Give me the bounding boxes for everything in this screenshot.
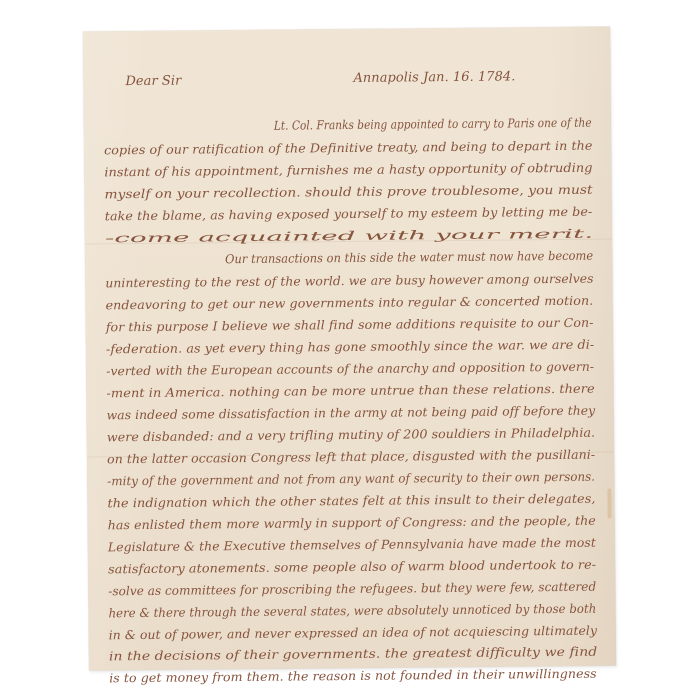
letter-line: in & out of power, and never expressed a… [109,625,597,642]
letter-line: satisfactory atonements. some people als… [108,559,596,576]
photo-stage: Dear Sir Annapolis Jan. 16. 1784. Lt. Co… [0,0,700,700]
letter-line: the indignation which the other states f… [107,493,595,510]
letter-line: instant of his appointment, furnishes me… [104,162,592,179]
letter-line: -federation. as yet every thing has gone… [106,339,594,356]
letter-line: for this purpose I believe we shall find… [106,317,594,334]
letter-line: endeavoring to get our new governments i… [106,295,594,312]
letter-line: copies of our ratification of the Defini… [104,140,592,157]
letter-line: is to get money from them. the reason is… [109,668,597,685]
letter-line: here & there through the several states,… [108,603,596,620]
letter-line: Our transactions on this side the water … [225,250,593,266]
letter-line: -ment in America. nothing can be more un… [106,383,594,400]
letter-line: uninteresting to the rest of the world. … [105,273,593,290]
letter-line: were disbanded: and a very trifling muti… [107,427,595,444]
letter-sheet: Dear Sir Annapolis Jan. 16. 1784. Lt. Co… [83,26,616,670]
letter-line: was indeed some dissatisfaction in the a… [107,405,596,422]
letter-line: has enlisted them more warmly in support… [108,515,596,532]
handwritten-text: Dear Sir Annapolis Jan. 16. 1784. Lt. Co… [83,26,616,670]
letter-line: Legislature & the Executive themselves o… [108,537,596,554]
letter-line: myself on your recollection. should this… [104,184,592,201]
place-and-date: Annapolis Jan. 16. 1784. [353,70,515,85]
letter-line: -come acquainted with your merit. [105,228,593,245]
letter-line: on the latter occasion Congress left tha… [107,449,595,466]
letter-line: Lt. Col. Franks being appointed to carry… [274,117,592,132]
letter-line: -solve as committees for proscribing the… [108,581,596,598]
letter-line: -verted with the European accounts of th… [106,361,594,378]
salutation: Dear Sir [125,75,181,89]
letter-line: take the blame, as having exposed yourse… [105,206,593,223]
letter-line: in the decisions of their governments. t… [109,646,597,663]
letter-line: -mity of the government and not from any… [107,471,595,488]
